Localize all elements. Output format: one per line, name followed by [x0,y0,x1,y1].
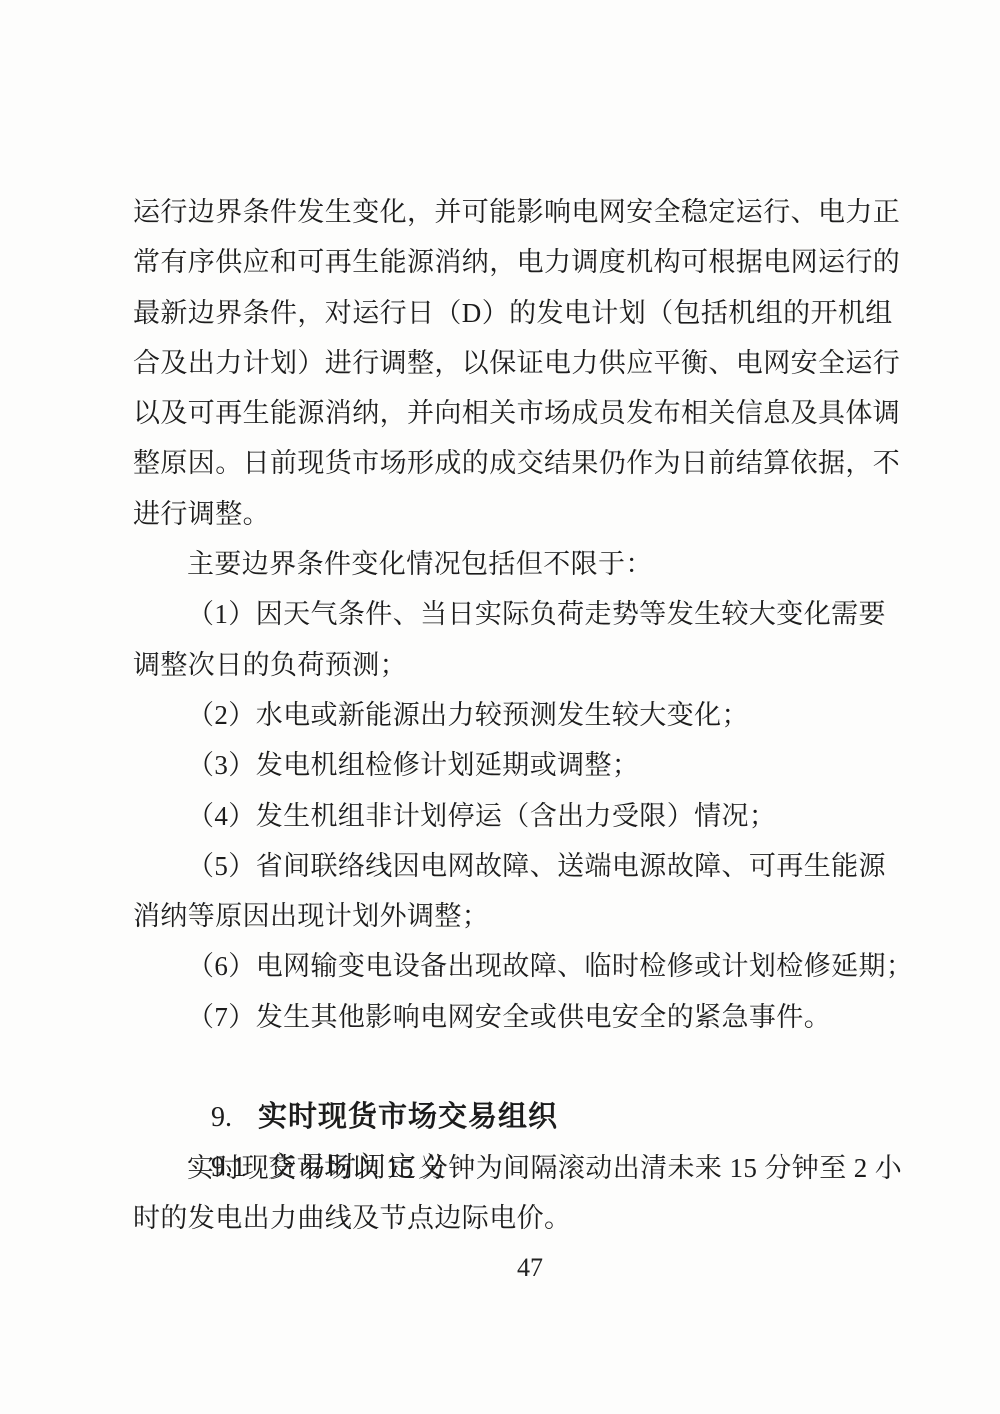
list-item-line: 消纳等原因出现计划外调整； [133,891,893,941]
section-title: 实时现货市场交易组织 [258,1101,558,1133]
list-item-line: （2）水电或新能源出力较预测发生较大变化； [133,690,893,740]
list-item-line: （7）发生其他影响电网安全或供电安全的紧急事件。 [133,992,893,1042]
paragraph-line: 最新边界条件，对运行日（D）的发电计划（包括机组的开机组 [133,288,893,338]
paragraph-line: 常有序供应和可再生能源消纳，电力调度机构可根据电网运行的 [133,237,893,287]
paragraph-line: 主要边界条件变化情况包括但不限于： [133,539,893,589]
paragraph-line: 实时现货市场以 15 分钟为间隔滚动出清未来 15 分钟至 2 小 [133,1143,893,1193]
page-number: 47 [30,1253,1000,1283]
list-item-line: （4）发生机组非计划停运（含出力受限）情况； [133,791,893,841]
document-page: 运行边界条件发生变化，并可能影响电网安全稳定运行、电力正 常有序供应和可再生能源… [0,0,1000,1414]
paragraph-line: 合及出力计划）进行调整，以保证电力供应平衡、电网安全运行 [133,338,893,388]
list-item-line: （6）电网输变电设备出现故障、临时检修或计划检修延期； [133,941,893,991]
list-item-line: （3）发电机组检修计划延期或调整； [133,740,893,790]
list-item-line: （1）因天气条件、当日实际负荷走势等发生较大变化需要 [133,589,893,639]
paragraph-line: 时的发电出力曲线及节点边际电价。 [133,1193,893,1243]
paragraph-line: 进行调整。 [133,489,893,539]
list-item-line: （5）省间联络线因电网故障、送端电源故障、可再生能源 [133,841,893,891]
list-item-line: 调整次日的负荷预测； [133,640,893,690]
paragraph-line: 整原因。日前现货市场形成的成交结果仍作为日前结算依据，不 [133,438,893,488]
section-number: 9. [211,1102,232,1133]
paragraph-line: 运行边界条件发生变化，并可能影响电网安全稳定运行、电力正 [133,187,893,237]
document-content: 运行边界条件发生变化，并可能影响电网安全稳定运行、电力正 常有序供应和可再生能源… [133,187,893,1243]
section-heading: 9.实时现货市场交易组织 [133,1042,893,1092]
paragraph-line: 以及可再生能源消纳，并向相关市场成员发布相关信息及具体调 [133,388,893,438]
